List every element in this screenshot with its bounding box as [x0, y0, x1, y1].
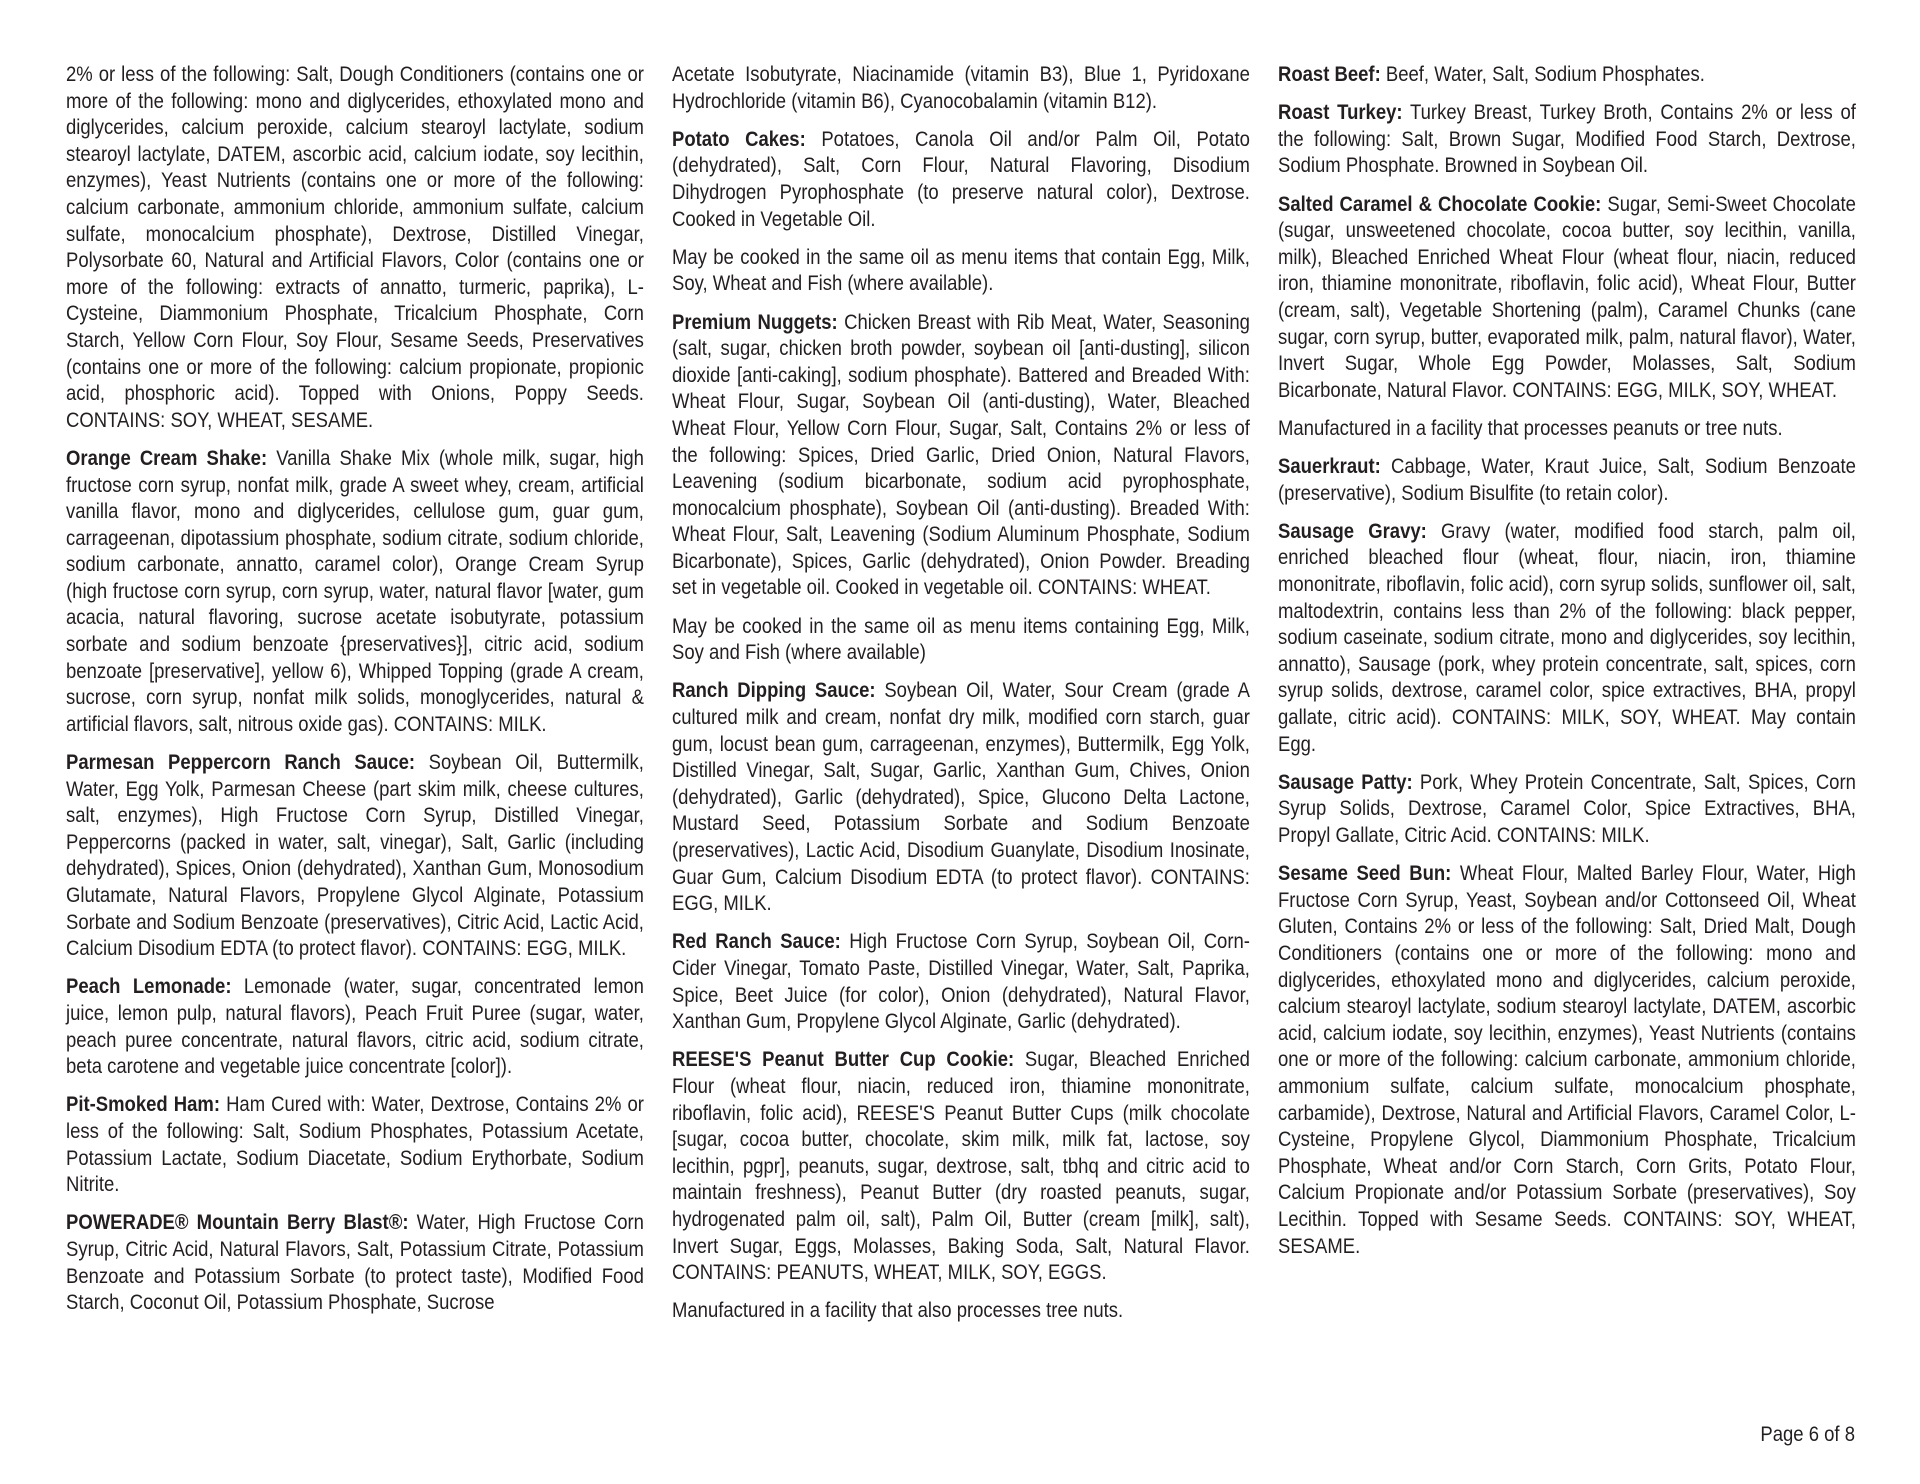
item-name: Potato Cakes:: [672, 127, 806, 151]
ingredient-entry-continued-bun: 2% or less of the following: Salt, Dough…: [66, 61, 644, 433]
allergen-note-peanuts-tree-nuts: Manufactured in a facility that processe…: [1278, 415, 1856, 442]
item-ingredients: Sugar, Semi-Sweet Chocolate (sugar, unsw…: [1278, 192, 1856, 402]
ingredient-entry-roast-turkey: Roast Turkey: Turkey Breast, Turkey Brot…: [1278, 99, 1856, 179]
document-page: 2% or less of the following: Salt, Dough…: [0, 0, 1920, 1484]
allergen-note-shared-oil: May be cooked in the same oil as menu it…: [672, 244, 1250, 297]
item-name: Red Ranch Sauce:: [672, 929, 841, 953]
item-name: Sesame Seed Bun:: [1278, 861, 1451, 885]
item-name: Ranch Dipping Sauce:: [672, 678, 876, 702]
column-3: Roast Beef: Beef, Water, Salt, Sodium Ph…: [1278, 61, 1856, 1401]
item-name: Salted Caramel & Chocolate Cookie:: [1278, 192, 1601, 216]
page-number: Page 6 of 8: [1760, 1421, 1855, 1447]
item-name: Orange Cream Shake:: [66, 446, 267, 470]
column-2-content: Acetate Isobutyrate, Niacinamide (vitami…: [672, 61, 1250, 1324]
column-2: Acetate Isobutyrate, Niacinamide (vitami…: [672, 61, 1250, 1401]
ingredient-entry-powerade-mountain-berry-blast: POWERADE® Mountain Berry Blast®: Water, …: [66, 1209, 644, 1315]
ingredient-entry-parmesan-peppercorn-ranch-sauce: Parmesan Peppercorn Ranch Sauce: Soybean…: [66, 749, 644, 962]
item-name: Parmesan Peppercorn Ranch Sauce:: [66, 750, 415, 774]
ingredient-entry-salted-caramel-chocolate-cookie: Salted Caramel & Chocolate Cookie: Sugar…: [1278, 191, 1856, 404]
ingredient-entry-ranch-dipping-sauce: Ranch Dipping Sauce: Soybean Oil, Water,…: [672, 677, 1250, 916]
item-name: Peach Lemonade:: [66, 974, 231, 998]
item-ingredients: Gravy (water, modified food starch, palm…: [1278, 519, 1856, 756]
item-ingredients: Soybean Oil, Water, Sour Cream (grade A …: [672, 678, 1250, 915]
column-3-content: Roast Beef: Beef, Water, Salt, Sodium Ph…: [1278, 61, 1856, 1259]
ingredient-entry-potato-cakes: Potato Cakes: Potatoes, Canola Oil and/o…: [672, 126, 1250, 232]
item-ingredients: 2% or less of the following: Salt, Dough…: [66, 62, 644, 432]
ingredient-entry-premium-nuggets: Premium Nuggets: Chicken Breast with Rib…: [672, 309, 1250, 602]
item-ingredients: Wheat Flour, Malted Barley Flour, Water,…: [1278, 861, 1856, 1257]
item-ingredients: Beef, Water, Salt, Sodium Phosphates.: [1381, 62, 1705, 86]
ingredient-entry-sausage-patty: Sausage Patty: Pork, Whey Protein Concen…: [1278, 769, 1856, 849]
item-name: Pit-Smoked Ham:: [66, 1092, 220, 1116]
column-1-content: 2% or less of the following: Salt, Dough…: [66, 61, 644, 1316]
item-name: Sauerkraut:: [1278, 454, 1381, 478]
allergen-note-shared-oil-nuggets: May be cooked in the same oil as menu it…: [672, 613, 1250, 666]
ingredient-entry-sesame-seed-bun: Sesame Seed Bun: Wheat Flour, Malted Bar…: [1278, 860, 1856, 1259]
note-text: Manufactured in a facility that processe…: [1278, 416, 1783, 440]
note-text: Manufactured in a facility that also pro…: [672, 1298, 1123, 1322]
item-ingredients: Sugar, Bleached Enriched Flour (wheat fl…: [672, 1047, 1250, 1284]
item-name: Sausage Patty:: [1278, 770, 1413, 794]
ingredient-entry-orange-cream-shake: Orange Cream Shake: Vanilla Shake Mix (w…: [66, 445, 644, 738]
note-text: May be cooked in the same oil as menu it…: [672, 245, 1250, 296]
item-name: Roast Turkey:: [1278, 100, 1403, 124]
note-text: May be cooked in the same oil as menu it…: [672, 614, 1250, 665]
item-ingredients: Vanilla Shake Mix (whole milk, sugar, hi…: [66, 446, 644, 736]
item-name: REESE'S Peanut Butter Cup Cookie:: [672, 1047, 1014, 1071]
allergen-note-tree-nuts: Manufactured in a facility that also pro…: [672, 1297, 1250, 1324]
item-ingredients: Chicken Breast with Rib Meat, Water, Sea…: [672, 310, 1250, 600]
ingredient-entry-peach-lemonade: Peach Lemonade: Lemonade (water, sugar, …: [66, 973, 644, 1079]
ingredient-entry-pit-smoked-ham: Pit-Smoked Ham: Ham Cured with: Water, D…: [66, 1091, 644, 1197]
item-name: Premium Nuggets:: [672, 310, 838, 334]
item-ingredients: Soybean Oil, Buttermilk, Water, Egg Yolk…: [66, 750, 644, 960]
ingredient-entry-reeses-peanut-butter-cup-cookie: REESE'S Peanut Butter Cup Cookie: Sugar,…: [672, 1046, 1250, 1285]
ingredient-entry-roast-beef: Roast Beef: Beef, Water, Salt, Sodium Ph…: [1278, 61, 1856, 88]
item-name: Roast Beef:: [1278, 62, 1381, 86]
ingredient-entry-red-ranch-sauce: Red Ranch Sauce: High Fructose Corn Syru…: [672, 928, 1250, 1034]
ingredient-entry-sausage-gravy: Sausage Gravy: Gravy (water, modified fo…: [1278, 518, 1856, 757]
item-ingredients: Acetate Isobutyrate, Niacinamide (vitami…: [672, 62, 1250, 113]
item-name: POWERADE® Mountain Berry Blast®:: [66, 1210, 408, 1234]
item-name: Sausage Gravy:: [1278, 519, 1427, 543]
column-1: 2% or less of the following: Salt, Dough…: [66, 61, 644, 1401]
ingredient-entry-sauerkraut: Sauerkraut: Cabbage, Water, Kraut Juice,…: [1278, 453, 1856, 506]
ingredient-entry-continued-powerade: Acetate Isobutyrate, Niacinamide (vitami…: [672, 61, 1250, 114]
